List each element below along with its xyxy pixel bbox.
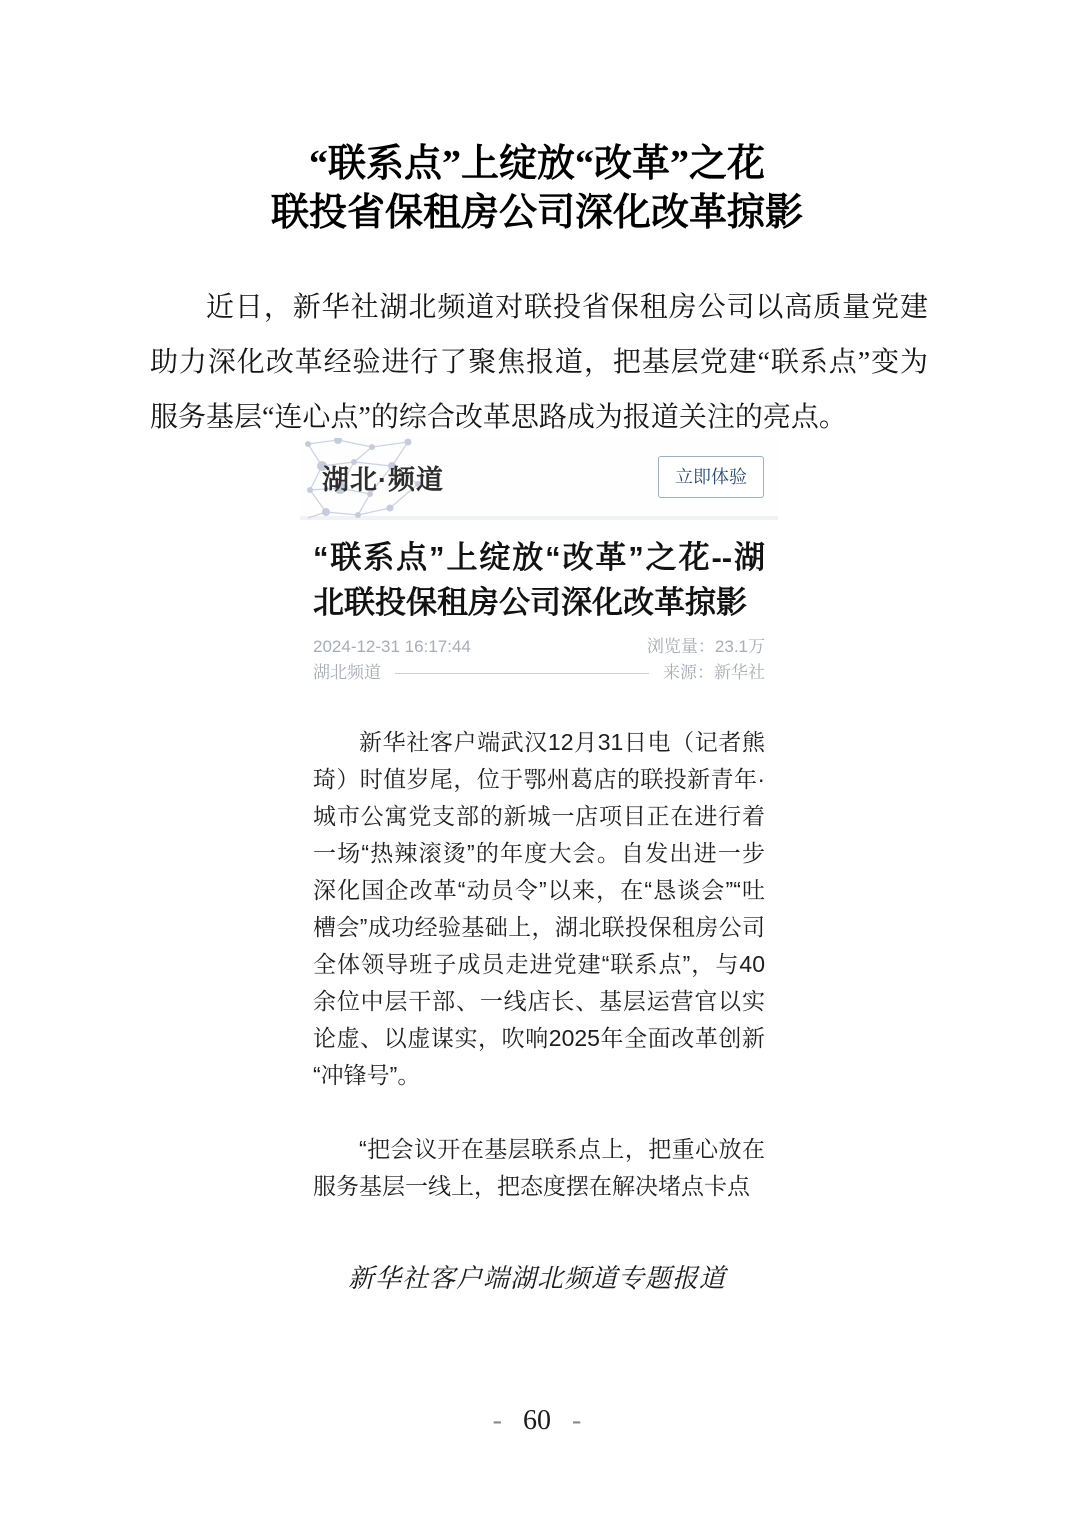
channel-tag: 湖北频道	[313, 660, 381, 686]
article-body: 新华社客户端武汉12月31日电（记者熊琦）时值岁尾，位于鄂州葛店的联投新青年·城…	[313, 724, 765, 1205]
news-app-header: 湖北·频道 立即体验	[300, 438, 778, 520]
meta-row-top: 2024-12-31 16:17:44 浏览量：23.1万	[313, 634, 765, 660]
source: 来源：新华社	[663, 660, 765, 686]
page-number-value: 60	[523, 1405, 551, 1436]
meta-divider-line	[395, 673, 649, 674]
page-title-line-2: 联投省保租房公司深化改革掠影	[0, 189, 1074, 238]
source-label: 来源：	[663, 663, 714, 682]
article-paragraph-2: “把会议开在基层联系点上，把重心放在服务基层一线上，把态度摆在解决堵点卡点	[313, 1131, 765, 1205]
embedded-news-screenshot: 湖北·频道 立即体验 “联系点”上绽放“改革”之花--湖北联投保租房公司深化改革…	[300, 438, 778, 1205]
page-number-right-dash: -	[572, 1405, 581, 1436]
intro-paragraph: 近日，新华社湖北频道对联投省保租房公司以高质量党建助力深化改革经验进行了聚焦报道…	[150, 280, 928, 445]
views-label: 浏览量：	[647, 637, 715, 656]
channel-name: 湖北·频道	[322, 458, 444, 497]
document-page: “联系点”上绽放“改革”之花 联投省保租房公司深化改革掠影 近日，新华社湖北频道…	[0, 0, 1074, 1520]
photo-caption: 新华社客户端湖北频道专题报道	[0, 1258, 1074, 1295]
article-meta: 2024-12-31 16:17:44 浏览量：23.1万 湖北频道 来源：新华…	[313, 634, 765, 686]
publish-datetime: 2024-12-31 16:17:44	[313, 634, 471, 660]
article-paragraph-1: 新华社客户端武汉12月31日电（记者熊琦）时值岁尾，位于鄂州葛店的联投新青年·城…	[313, 724, 765, 1094]
views-count: 浏览量：23.1万	[647, 634, 765, 660]
page-title-line-1: “联系点”上绽放“改革”之花	[0, 140, 1074, 189]
article-title: “联系点”上绽放“改革”之花--湖北联投保租房公司深化改革掠影	[313, 535, 765, 625]
page-number: - 60 -	[0, 1405, 1074, 1437]
page-title: “联系点”上绽放“改革”之花 联投省保租房公司深化改革掠影	[0, 140, 1074, 238]
source-value: 新华社	[714, 663, 765, 682]
try-now-button[interactable]: 立即体验	[658, 456, 764, 498]
meta-row-bottom: 湖北频道 来源：新华社	[313, 660, 765, 686]
views-value: 23.1万	[715, 637, 765, 656]
page-number-left-dash: -	[493, 1405, 502, 1436]
